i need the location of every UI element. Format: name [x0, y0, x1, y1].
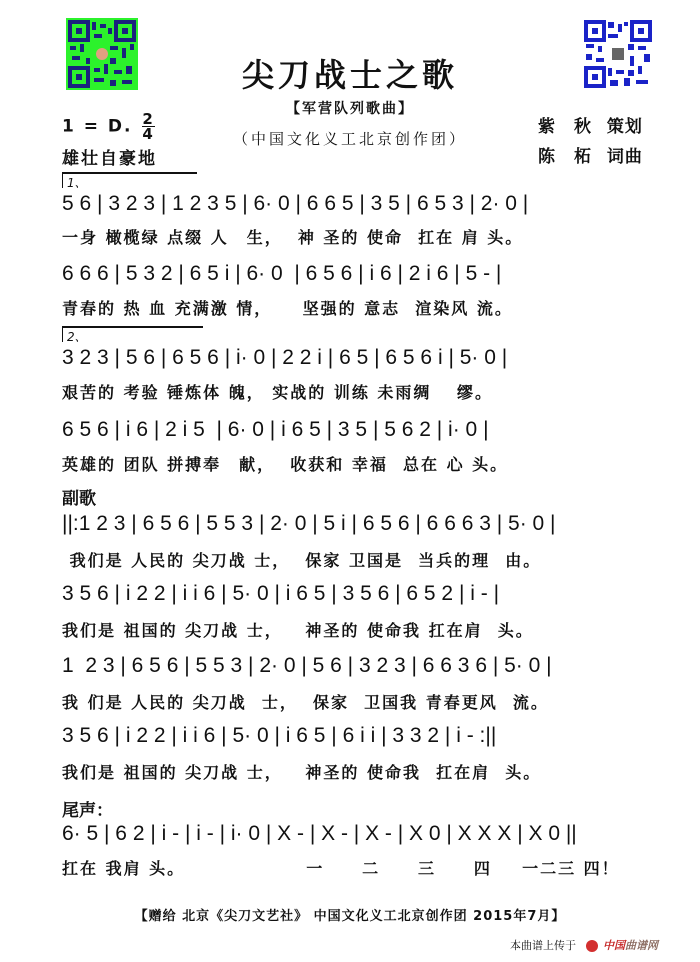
lyric-line: 我们是 祖国的 尖刀战 士， 神圣的 使命我 扛在肩 头。 [62, 760, 672, 783]
credit-name: 陈 柘 [538, 142, 592, 167]
lyric-line: 一身 橄榄绿 点缀 人 生， 神 圣的 使命 扛在 肩 头。 [62, 225, 672, 248]
tempo-marking: 雄壮自豪地 [62, 144, 157, 169]
time-signature-denominator: 4 [142, 127, 154, 141]
lyric-line: 我们是 人民的 尖刀战 士， 保家 卫国是 当兵的理 由。 [62, 548, 672, 571]
volta-label: 2、 [67, 330, 87, 344]
notation-line: ||:1 2 3 | 6 5 6 | 5 5 3 | 2· 0 | 5 i | … [62, 512, 662, 536]
notation-line: 5 6 | 3 2 3 | 1 2 3 5 | 6· 0 | 6 6 5 | 3… [62, 192, 662, 216]
volta-label: 1、 [67, 176, 87, 190]
notation-line: 6· 5 | 6 2 | i - | i - | i· 0 | X - | X … [62, 822, 662, 846]
key-label: 1 = D. [62, 117, 132, 137]
volta-bracket-1: 1、 [62, 172, 197, 188]
song-title: 尖刀战士之歌 [0, 50, 700, 96]
site-name[interactable]: 中国 [603, 939, 625, 952]
credit-composer: 陈 柘 词曲 [538, 142, 643, 167]
chorus-label: 副歌 [62, 484, 96, 509]
notation-line: 3 5 6 | i 2 2 | i i 6 | 5· 0 | i 6 5 | 3… [62, 582, 662, 606]
lyric-line: 艰苦的 考验 锤炼体 魄， 实战的 训练 未雨绸 缪。 [62, 380, 672, 403]
lyric-line: 青春的 热 血 充满激 情， 坚强的 意志 渲染风 流。 [62, 296, 672, 319]
coda-label: 尾声： [62, 796, 113, 821]
notation-line: 6 5 6 | i 6 | 2 i 5 | 6· 0 | i 6 5 | 3 5… [62, 418, 662, 442]
lyric-line: 我们是 祖国的 尖刀战 士， 神圣的 使命我 扛在肩 头。 [62, 618, 672, 641]
credit-role: 词曲 [607, 142, 643, 167]
time-signature: 2 4 [142, 112, 154, 141]
dedication: 【赠给 北京《尖刀文艺社》 中国文化义工北京创作团 2015年7月】 [0, 905, 700, 924]
notation-line: 6 6 6 | 5 3 2 | 6 5 i | 6· 0 | 6 5 6 | i… [62, 262, 662, 286]
key-signature: 1 = D. 2 4 [62, 112, 155, 141]
upload-credit: 本曲谱上传于 中国曲谱网 [510, 937, 658, 953]
lyric-line: 我 们是 人民的 尖刀战 士， 保家 卫国我 青春更风 流。 [62, 690, 672, 713]
notation-line: 3 2 3 | 5 6 | 6 5 6 | i· 0 | 2 2 i | 6 5… [62, 346, 662, 370]
lyric-line: 英雄的 团队 拼搏奉 献， 收获和 幸福 总在 心 头。 [62, 452, 672, 475]
credit-role: 策划 [607, 112, 643, 137]
credit-name: 紫 秋 [538, 112, 592, 137]
lyric-line: 扛在 我肩 头。 一 二 三 四 一二三 四！ [62, 856, 672, 879]
notation-line: 1 2 3 | 6 5 6 | 5 5 3 | 2· 0 | 5 6 | 3 2… [62, 654, 662, 678]
site-name-suffix[interactable]: 曲谱网 [625, 939, 658, 952]
site-logo-icon [586, 940, 598, 952]
volta-bracket-2: 2、 [62, 326, 203, 342]
upload-text: 本曲谱上传于 [510, 939, 576, 952]
credit-planner: 紫 秋 策划 [538, 112, 643, 137]
notation-line: 3 5 6 | i 2 2 | i i 6 | 5· 0 | i 6 5 | 6… [62, 724, 662, 748]
